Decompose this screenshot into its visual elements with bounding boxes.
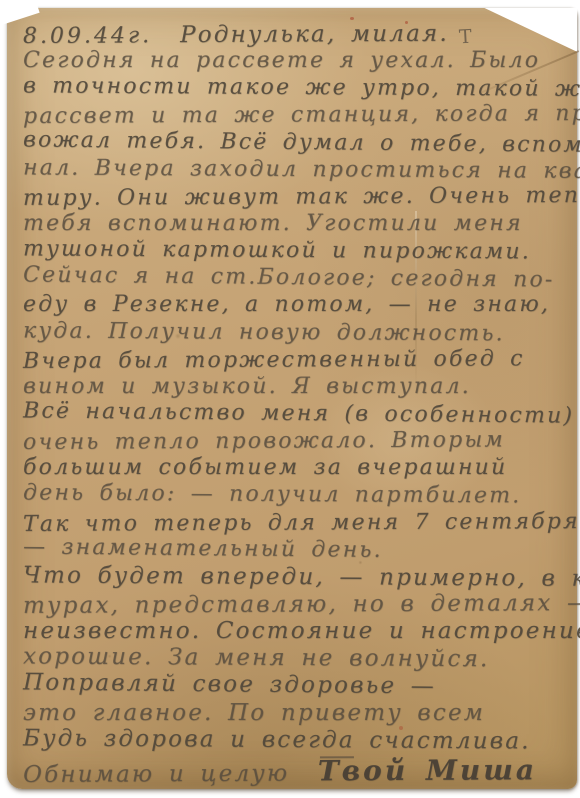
letter-line: Обнимаю и целую Твой Миша [23,753,571,783]
paper-speck [350,17,354,20]
letter-line: турах, представляю, но в деталях — [23,590,571,620]
letter-date: 8.09.44г. [23,23,152,49]
letter-line: очень тепло провожало. Вторым [23,427,571,457]
letter-line: нал. Вчера заходил проститься на квар- [23,155,571,185]
letter-body: 8.09.44г. Роднулька, милая. Сегодня на р… [23,21,571,785]
letter-line: Будь здорова и всегда счастлива. [23,725,571,755]
signature: Твой Миша [318,753,537,787]
letter-line: Сейчас я на ст.Бологое; сегодня по- [23,263,571,295]
letter-line: еду в Резекне, а потом, — не знаю, [23,292,571,319]
letter-line: 8.09.44г. Роднулька, милая. [23,20,571,50]
letter-line: — знаменательный день. [23,534,571,566]
letter-paper: Т 8.09.44г. Роднулька, милая. Сегодня на… [7,8,577,789]
letter-line: Что будет впереди, — примерно, в кон- [23,562,571,592]
letter-salutation: Роднулька, милая. [180,21,449,48]
letter-line: большим событием за вчерашний [23,455,571,482]
letter-line: это главное. По привету всем [23,700,571,727]
scanned-letter-photo: Т 8.09.44г. Роднулька, милая. Сегодня на… [0,0,580,798]
letter-line: Всё начальство меня (в особенности) [23,398,571,430]
letter-line: Поправляй свое здоровье — [23,670,571,702]
letter-line: вожал тебя. Всё думал о тебе, вспоми- [23,127,571,159]
letter-line: неизвестно. Состояние и настроение [23,618,571,645]
letter-line: день было: — получил партбилет. [23,481,571,511]
letter-line: вином и музыкой. Я выступал. [23,374,571,401]
letter-line: Так что теперь для меня 7 сентября [23,509,571,539]
letter-line: тебя вспоминают. Угостили меня [23,211,571,238]
letter-line: Вчера был торжественный обед с [23,346,571,376]
letter-line: Сегодня на рассвете я уехал. Было [23,48,571,75]
letter-line: рассвет и та же станция, когда я про- [23,101,571,131]
letter-line: куда. Получил новую должность. [23,318,571,348]
letter-closing: Обнимаю и целую [23,760,289,787]
letter-line: тиру. Они живут так же. Очень тепло [23,183,571,213]
